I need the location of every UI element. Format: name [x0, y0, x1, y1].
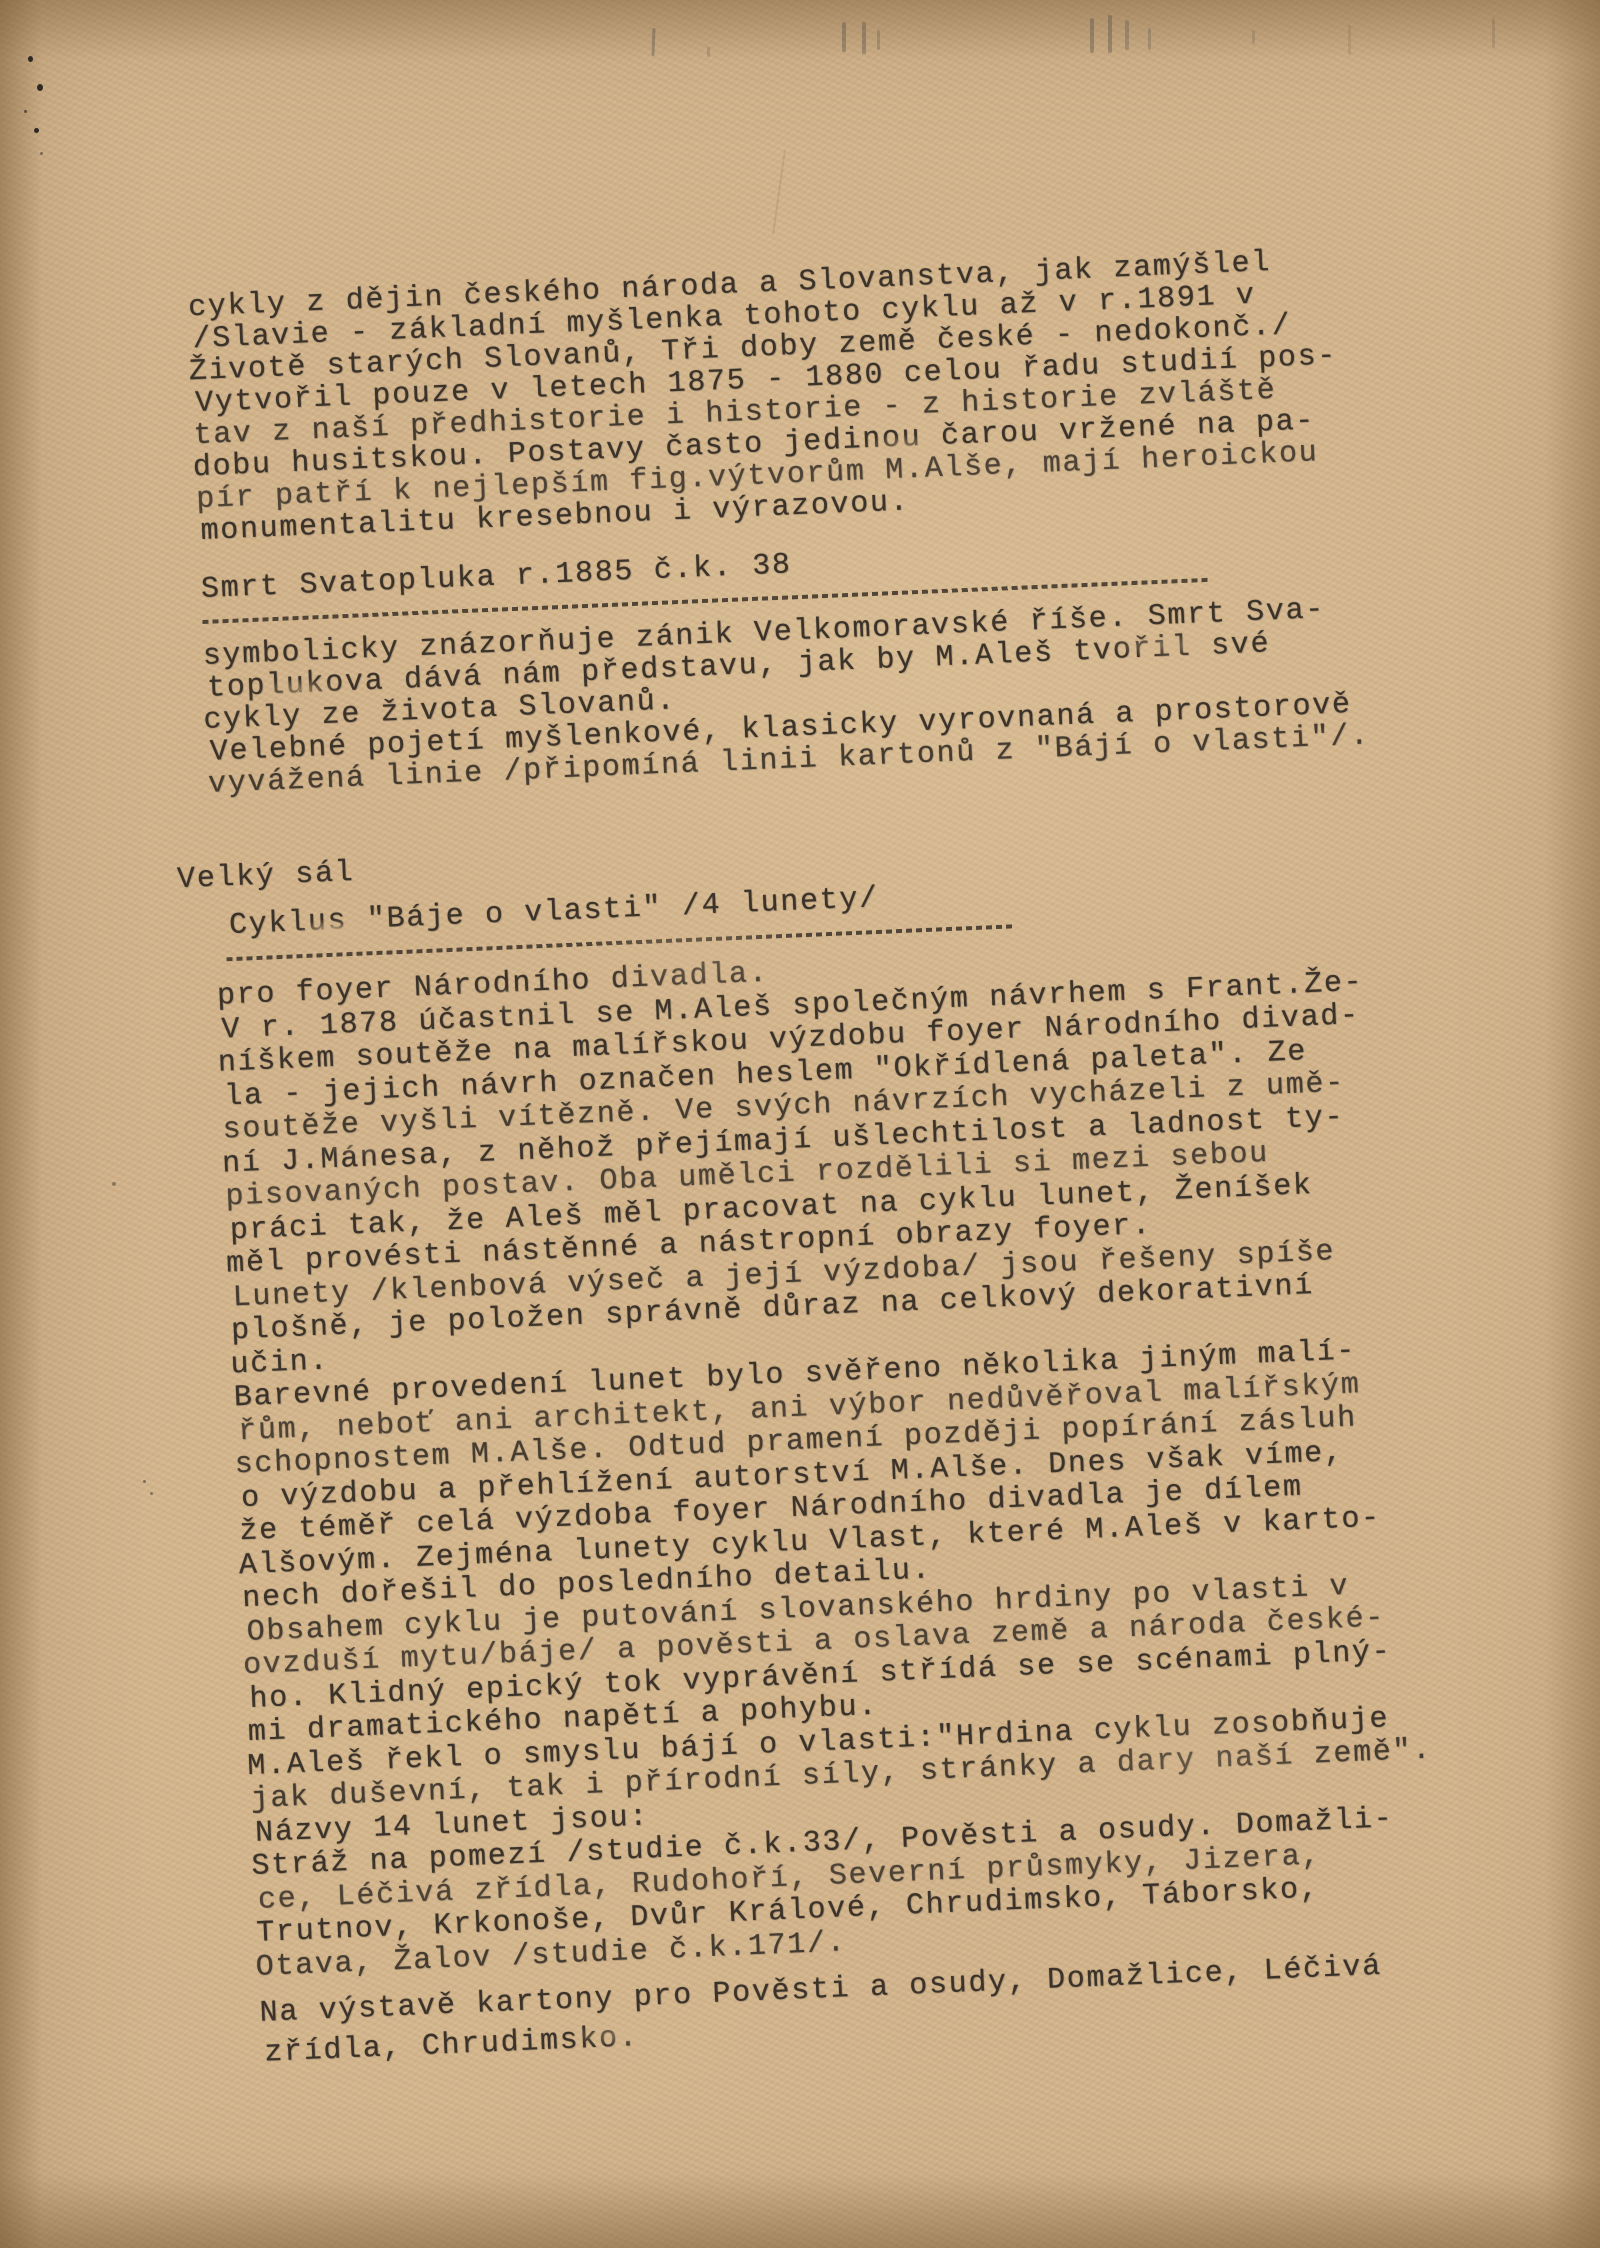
- typewritten-text: cykly z dějin českého národa a Slovanstv…: [172, 224, 1546, 2075]
- paragraph-smrt-svatopluka-description: symbolicky znázorňuje zánik Velkomoravsk…: [202, 587, 1493, 801]
- scan-mark: [1348, 25, 1351, 55]
- paper-speck: [28, 56, 33, 62]
- scan-mark: [1252, 30, 1255, 44]
- paper-speck: [112, 1182, 116, 1186]
- document-page: cykly z dějin českého národa a Slovanstv…: [0, 0, 1600, 2248]
- scan-mark: [772, 150, 786, 234]
- paper-speck: [34, 128, 39, 133]
- paper-speck: [40, 152, 43, 155]
- scan-mark: [707, 47, 710, 57]
- paper-speck: [37, 84, 43, 91]
- scan-mark: [842, 22, 846, 52]
- paper-speck: [143, 1480, 146, 1483]
- scan-mark: [1108, 15, 1112, 53]
- scan-mark: [1148, 28, 1151, 50]
- scan-mark: [1090, 18, 1094, 53]
- scan-mark: [1492, 18, 1495, 48]
- scan-mark: [652, 28, 656, 56]
- paper-speck: [150, 1492, 153, 1495]
- scan-mark: [877, 30, 880, 50]
- paragraph-cyklus-vlast-description: pro foyer Národního divadla.V r. 1878 úč…: [216, 927, 1542, 1985]
- paragraph-ales-history-cycles: cykly z dějin českého národa a Slovanstv…: [188, 239, 1483, 549]
- scan-mark: [1125, 20, 1129, 50]
- scan-mark: [862, 22, 866, 54]
- paper-speck: [24, 110, 27, 113]
- section-heading-velky-sal-label: Velký sál: [177, 856, 356, 897]
